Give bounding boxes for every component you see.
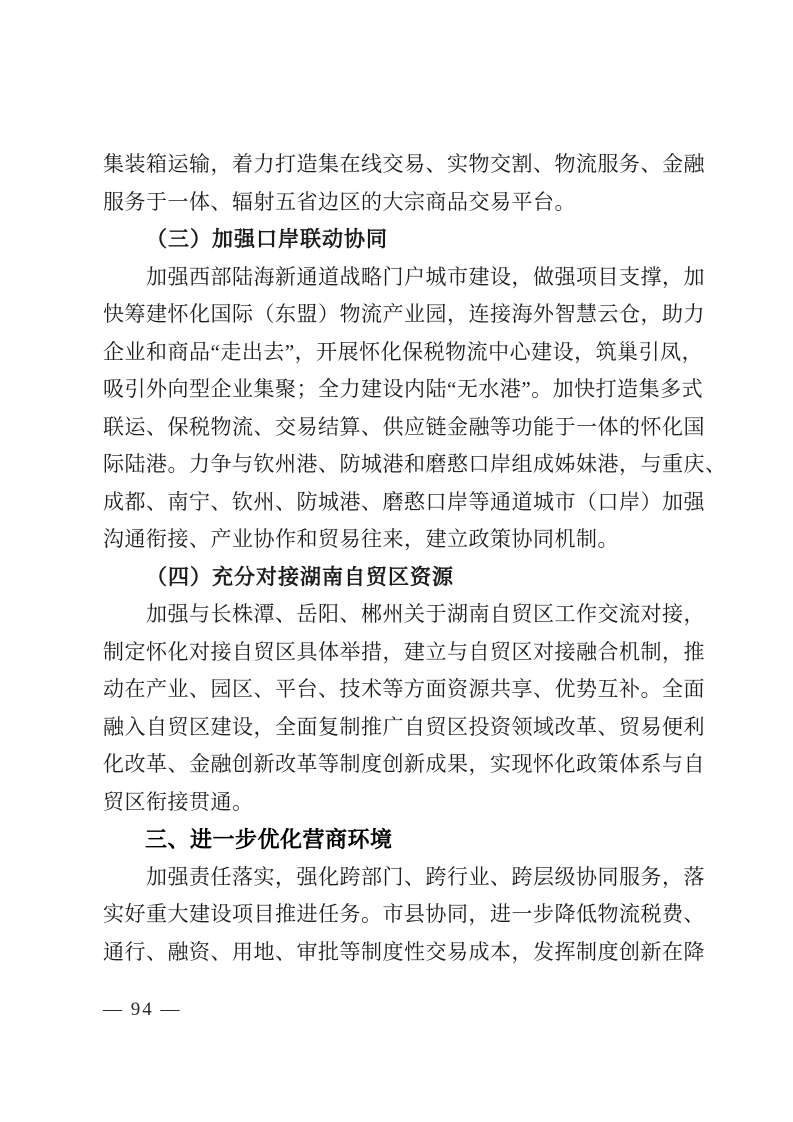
text-line: 快筹建怀化国际（东盟）物流产业园，连接海外智慧云仓，助力 (103, 296, 697, 334)
text-line: 制定怀化对接自贸区具体举措，建立与自贸区对接融合机制，推 (103, 634, 697, 672)
text-line: 加强责任落实，强化跨部门、跨行业、跨层级协同服务，落 (103, 859, 697, 897)
section-heading-3: （三）加强口岸联动协同 (103, 221, 697, 259)
text-line: 企业和商品“走出去”，开展怀化保税物流中心建设，筑巢引凤， (103, 334, 697, 372)
page-body-text: 集装箱运输，着力打造集在线交易、实物交割、物流服务、金融 服务于一体、辐射五省边… (103, 146, 697, 971)
text-line: 际陆港。力争与钦州港、防城港和磨憨口岸组成姊妹港，与重庆、 (103, 446, 697, 484)
text-line: 加强与长株潭、岳阳、郴州关于湖南自贸区工作交流对接， (103, 596, 697, 634)
text-line: 成都、南宁、钦州、防城港、磨憨口岸等通道城市（口岸）加强 (103, 484, 697, 522)
text-line: 集装箱运输，着力打造集在线交易、实物交割、物流服务、金融 (103, 146, 697, 184)
text-line: 动在产业、园区、平台、技术等方面资源共享、优势互补。全面 (103, 671, 697, 709)
text-line: 沟通衔接、产业协作和贸易往来，建立政策协同机制。 (103, 521, 697, 559)
text-line: 融入自贸区建设，全面复制推广自贸区投资领域改革、贸易便利 (103, 709, 697, 747)
chapter-heading: 三、进一步优化营商环境 (103, 821, 697, 859)
text-line: 服务于一体、辐射五省边区的大宗商品交易平台。 (103, 184, 697, 222)
text-line: 贸区衔接贯通。 (103, 784, 697, 822)
text-line: 吸引外向型企业集聚；全力建设内陆“无水港”。加快打造集多式 (103, 371, 697, 409)
document-page: 集装箱运输，着力打造集在线交易、实物交割、物流服务、金融 服务于一体、辐射五省边… (0, 0, 793, 1122)
text-line: 联运、保税物流、交易结算、供应链金融等功能于一体的怀化国 (103, 409, 697, 447)
text-line: 实好重大建设项目推进任务。市县协同，进一步降低物流税费、 (103, 896, 697, 934)
page-number: — 94 — (103, 996, 182, 1024)
text-line: 加强西部陆海新通道战略门户城市建设，做强项目支撑，加 (103, 259, 697, 297)
text-line: 通行、融资、用地、审批等制度性交易成本，发挥制度创新在降 (103, 934, 697, 972)
text-line: 化改革、金融创新改革等制度创新成果，实现怀化政策体系与自 (103, 746, 697, 784)
section-heading-4: （四）充分对接湖南自贸区资源 (103, 559, 697, 597)
